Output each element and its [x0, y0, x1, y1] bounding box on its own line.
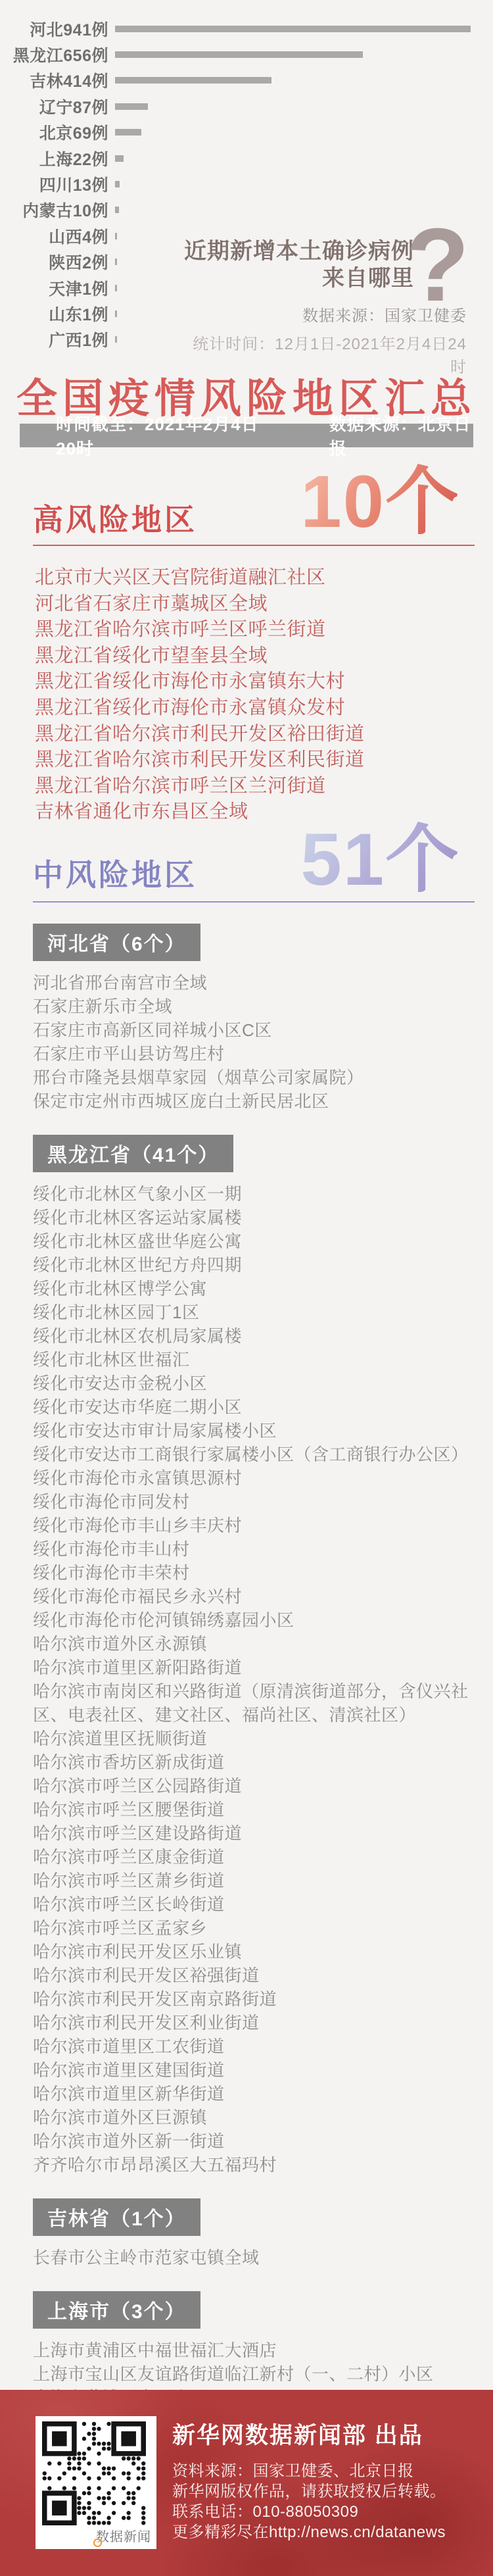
mid-risk-item: 哈尔滨市呼兰区建设路街道	[33, 1821, 480, 1845]
mid-risk-item: 哈尔滨市呼兰区公园路街道	[33, 1774, 480, 1798]
mid-risk-item: 绥化市北林区盛世华庭公寓	[33, 1229, 480, 1253]
mid-risk-item: 哈尔滨市道里区新阳路街道	[33, 1656, 480, 1679]
mid-risk-item: 哈尔滨市南岗区和兴路街道（原清滨街道部分，含仪兴社区、电表社区、建文社区、福尚社…	[33, 1679, 480, 1727]
qr-code-icon	[42, 2421, 146, 2525]
mid-risk-item: 绥化市海伦市福民乡永兴村	[33, 1585, 480, 1608]
footer-line: 更多精彩尽在http://news.cn/datanews	[172, 2522, 481, 2542]
bar	[115, 129, 141, 136]
chart-row: 四川13例	[8, 171, 493, 197]
mid-risk-item: 哈尔滨市呼兰区腰堡街道	[33, 1798, 480, 1821]
bar-label: 吉林414例	[8, 68, 108, 92]
high-risk-item: 黑龙江省绥化市海伦市永富镇众发村	[35, 695, 482, 722]
bar-label: 山西4例	[8, 224, 108, 248]
high-risk-item: 黑龙江省哈尔滨市呼兰区呼兰街道	[35, 617, 482, 643]
bar	[115, 207, 119, 213]
province-badge: 上海市（3个）	[33, 2291, 200, 2329]
bar-label: 四川13例	[8, 172, 108, 196]
chart-row: 河北941例	[8, 16, 493, 41]
chart-row: 黑龙江656例	[8, 41, 493, 67]
bar	[115, 103, 148, 110]
high-risk-item: 黑龙江省绥化市望奎县全域	[35, 643, 482, 670]
bar-label: 北京69例	[8, 120, 108, 144]
mid-risk-item: 齐齐哈尔市昂昂溪区大五福玛村	[33, 2153, 480, 2177]
province-group: 黑龙江省（41个）绥化市北林区气象小区一期绥化市北林区客运站家属楼绥化市北林区盛…	[33, 1132, 480, 2177]
mid-risk-item: 长春市公主岭市范家屯镇全域	[33, 2246, 480, 2269]
footer-text-block: 新华网数据新闻部 出品 资料来源：国家卫健委、北京日报新华网版权作品，请获取授权…	[172, 2417, 481, 2542]
mid-risk-item: 哈尔滨市利民开发区乐业镇	[33, 1940, 480, 1964]
province-group: 河北省（6个）河北省邢台南宫市全域石家庄新乐市全域石家庄市高新区同祥城小区C区石…	[33, 921, 480, 1113]
province-badge: 黑龙江省（41个）	[33, 1135, 233, 1172]
mid-risk-heading: 中风险地区	[33, 851, 197, 895]
qr-label: 数据新闻	[96, 2526, 151, 2545]
chart-row: 上海22例	[8, 145, 493, 171]
bar-label: 上海22例	[8, 147, 108, 170]
mid-risk-item: 绥化市北林区世福汇	[33, 1348, 480, 1372]
high-risk-underline	[33, 545, 475, 546]
high-risk-heading: 高风险地区	[33, 496, 197, 539]
high-risk-item: 黑龙江省哈尔滨市呼兰区兰河街道	[35, 774, 482, 800]
publisher-title: 新华网数据新闻部 出品	[172, 2417, 481, 2450]
mid-risk-item: 绥化市北林区农机局家属楼	[33, 1324, 480, 1348]
mid-risk-item: 绥化市安达市华庭二期小区	[33, 1395, 480, 1419]
mid-risk-item: 哈尔滨道里区抚顺街道	[33, 1727, 480, 1750]
bar	[115, 259, 117, 265]
mid-risk-item: 保定市定州市西城区庞白土新民居北区	[33, 1089, 480, 1113]
bar-label: 山东1例	[8, 302, 108, 326]
high-risk-item: 北京市大兴区天宫院街道融汇社区	[35, 565, 482, 591]
high-risk-list: 北京市大兴区天宫院街道融汇社区河北省石家庄市藁城区全域黑龙江省哈尔滨市呼兰区呼兰…	[35, 565, 482, 826]
footer-lines: 资料来源：国家卫健委、北京日报新华网版权作品，请获取授权后转载。联系电话：010…	[172, 2461, 481, 2542]
footer: 数据新闻 新华网数据新闻部 出品 资料来源：国家卫健委、北京日报新华网版权作品，…	[0, 2390, 493, 2576]
mid-risk-item: 上海市宝山区友谊路街道临江新村（一、二村）小区	[33, 2362, 480, 2386]
chart-row: 吉林414例	[8, 68, 493, 93]
mid-risk-item: 绥化市安达市审计局家属楼小区	[33, 1419, 480, 1443]
mid-risk-item: 绥化市海伦市丰荣村	[33, 1561, 480, 1585]
mid-risk-item: 石家庄市平山县访驾庄村	[33, 1042, 480, 1066]
bar	[115, 285, 117, 291]
mid-risk-item: 哈尔滨市道里区工农街道	[33, 2035, 480, 2058]
info-bar: 时间截至：2021年2月4日20时 数据来源：北京日报	[20, 424, 473, 447]
mid-risk-item: 绥化市北林区世纪方舟四期	[33, 1253, 480, 1277]
bar-label: 河北941例	[8, 17, 108, 41]
mid-risk-item: 哈尔滨市利民开发区利业街道	[33, 2011, 480, 2035]
footer-line: 资料来源：国家卫健委、北京日报	[172, 2461, 481, 2481]
mid-risk-item: 邢台市隆尧县烟草家园（烟草公司家属院）	[33, 1066, 480, 1089]
mid-risk-item: 哈尔滨市香坊区新成街道	[33, 1750, 480, 1774]
mid-risk-item: 绥化市海伦市丰山乡丰庆村	[33, 1514, 480, 1537]
mid-risk-item: 哈尔滨市呼兰区孟家乡	[33, 1916, 480, 1940]
mid-risk-item: 绥化市海伦市丰山村	[33, 1537, 480, 1561]
bar	[115, 155, 124, 162]
bar-label: 广西1例	[8, 328, 108, 351]
data-source: 数据来源：北京日报	[329, 411, 473, 460]
mid-risk-item: 绥化市安达市金税小区	[33, 1372, 480, 1395]
mid-risk-item: 石家庄新乐市全域	[33, 995, 480, 1018]
bar	[115, 310, 117, 317]
mid-risk-item: 绥化市北林区客运站家属楼	[33, 1206, 480, 1229]
mid-risk-item: 哈尔滨市道里区建国街道	[33, 2058, 480, 2082]
mid-risk-item: 绥化市安达市工商银行家属楼小区（含工商银行办公区）	[33, 1443, 480, 1466]
mid-risk-underline	[33, 901, 475, 903]
bar	[115, 77, 271, 84]
mid-risk-item: 哈尔滨市道外区新一街道	[33, 2129, 480, 2153]
mid-risk-item: 哈尔滨市利民开发区南京路街道	[33, 1987, 480, 2011]
mid-risk-item: 河北省邢台南宫市全域	[33, 971, 480, 995]
mid-risk-item: 哈尔滨市呼兰区康金街道	[33, 1845, 480, 1869]
province-list: 绥化市北林区气象小区一期绥化市北林区客运站家属楼绥化市北林区盛世华庭公寓绥化市北…	[33, 1182, 480, 2177]
bar-label: 黑龙江656例	[8, 43, 108, 66]
mid-risk-item: 上海市黄浦区中福世福汇大酒店	[33, 2339, 480, 2362]
footer-line: 新华网版权作品，请获取授权后转载。	[172, 2481, 481, 2502]
mid-risk-item: 绥化市海伦市同发村	[33, 1490, 480, 1514]
chart-row: 辽宁87例	[8, 93, 493, 119]
province-list: 长春市公主岭市范家屯镇全域	[33, 2246, 480, 2269]
bar	[115, 336, 117, 343]
bar	[115, 233, 117, 239]
high-risk-item: 黑龙江省哈尔滨市利民开发区利民街道	[35, 747, 482, 774]
bar-label: 辽宁87例	[8, 95, 108, 118]
cutoff-time: 时间截至：2021年2月4日20时	[56, 411, 273, 460]
orange-ring-icon	[93, 2539, 102, 2547]
bar-label: 天津1例	[8, 276, 108, 300]
mid-risk-item: 石家庄市高新区同祥城小区C区	[33, 1018, 480, 1042]
mid-risk-count: 51个	[300, 818, 460, 901]
province-badge: 河北省（6个）	[33, 924, 200, 961]
footer-line: 联系电话：010-88050309	[172, 2502, 481, 2522]
mid-risk-item: 绥化市海伦市永富镇思源村	[33, 1466, 480, 1490]
mid-risk-item: 绥化市北林区园丁1区	[33, 1300, 480, 1324]
mid-risk-item: 哈尔滨市利民开发区裕强街道	[33, 1964, 480, 1987]
chart-title-block: 近期新增本土确诊病例 来自哪里 ? 数据来源：国家卫健委 统计时间：12月1日-…	[184, 238, 467, 377]
province-badge: 吉林省（1个）	[33, 2198, 200, 2236]
mid-risk-item: 绥化市北林区博学公寓	[33, 1277, 480, 1300]
high-risk-item: 黑龙江省绥化市海伦市永富镇东大村	[35, 669, 482, 695]
mid-risk-item: 哈尔滨市道外区永源镇	[33, 1632, 480, 1656]
bar	[115, 26, 471, 32]
qr-code-box: 数据新闻	[35, 2416, 156, 2549]
question-mark-icon: ?	[406, 213, 469, 317]
province-group: 吉林省（1个）长春市公主岭市范家屯镇全域	[33, 2196, 480, 2269]
high-risk-item: 黑龙江省哈尔滨市利民开发区裕田街道	[35, 722, 482, 748]
mid-risk-item: 哈尔滨市呼兰区萧乡街道	[33, 1869, 480, 1893]
mid-risk-item: 绥化市海伦市伦河镇锦绣嘉园小区	[33, 1608, 480, 1632]
high-risk-count: 10个	[300, 460, 460, 543]
mid-risk-item: 哈尔滨市道外区巨源镇	[33, 2106, 480, 2129]
bar-label: 陕西2例	[8, 250, 108, 274]
mid-risk-item: 绥化市北林区气象小区一期	[33, 1182, 480, 1206]
high-risk-item: 河北省石家庄市藁城区全域	[35, 591, 482, 618]
bar	[115, 51, 363, 58]
bar	[115, 181, 120, 187]
province-list: 河北省邢台南宫市全域石家庄新乐市全域石家庄市高新区同祥城小区C区石家庄市平山县访…	[33, 971, 480, 1113]
bar-label: 内蒙古10例	[8, 198, 108, 222]
mid-risk-item: 哈尔滨市呼兰区长岭街道	[33, 1893, 480, 1916]
mid-risk-groups: 河北省（6个）河北省邢台南宫市全域石家庄新乐市全域石家庄市高新区同祥城小区C区石…	[33, 921, 480, 2410]
mid-risk-item: 哈尔滨市道里区新华街道	[33, 2082, 480, 2106]
chart-row: 北京69例	[8, 120, 493, 145]
